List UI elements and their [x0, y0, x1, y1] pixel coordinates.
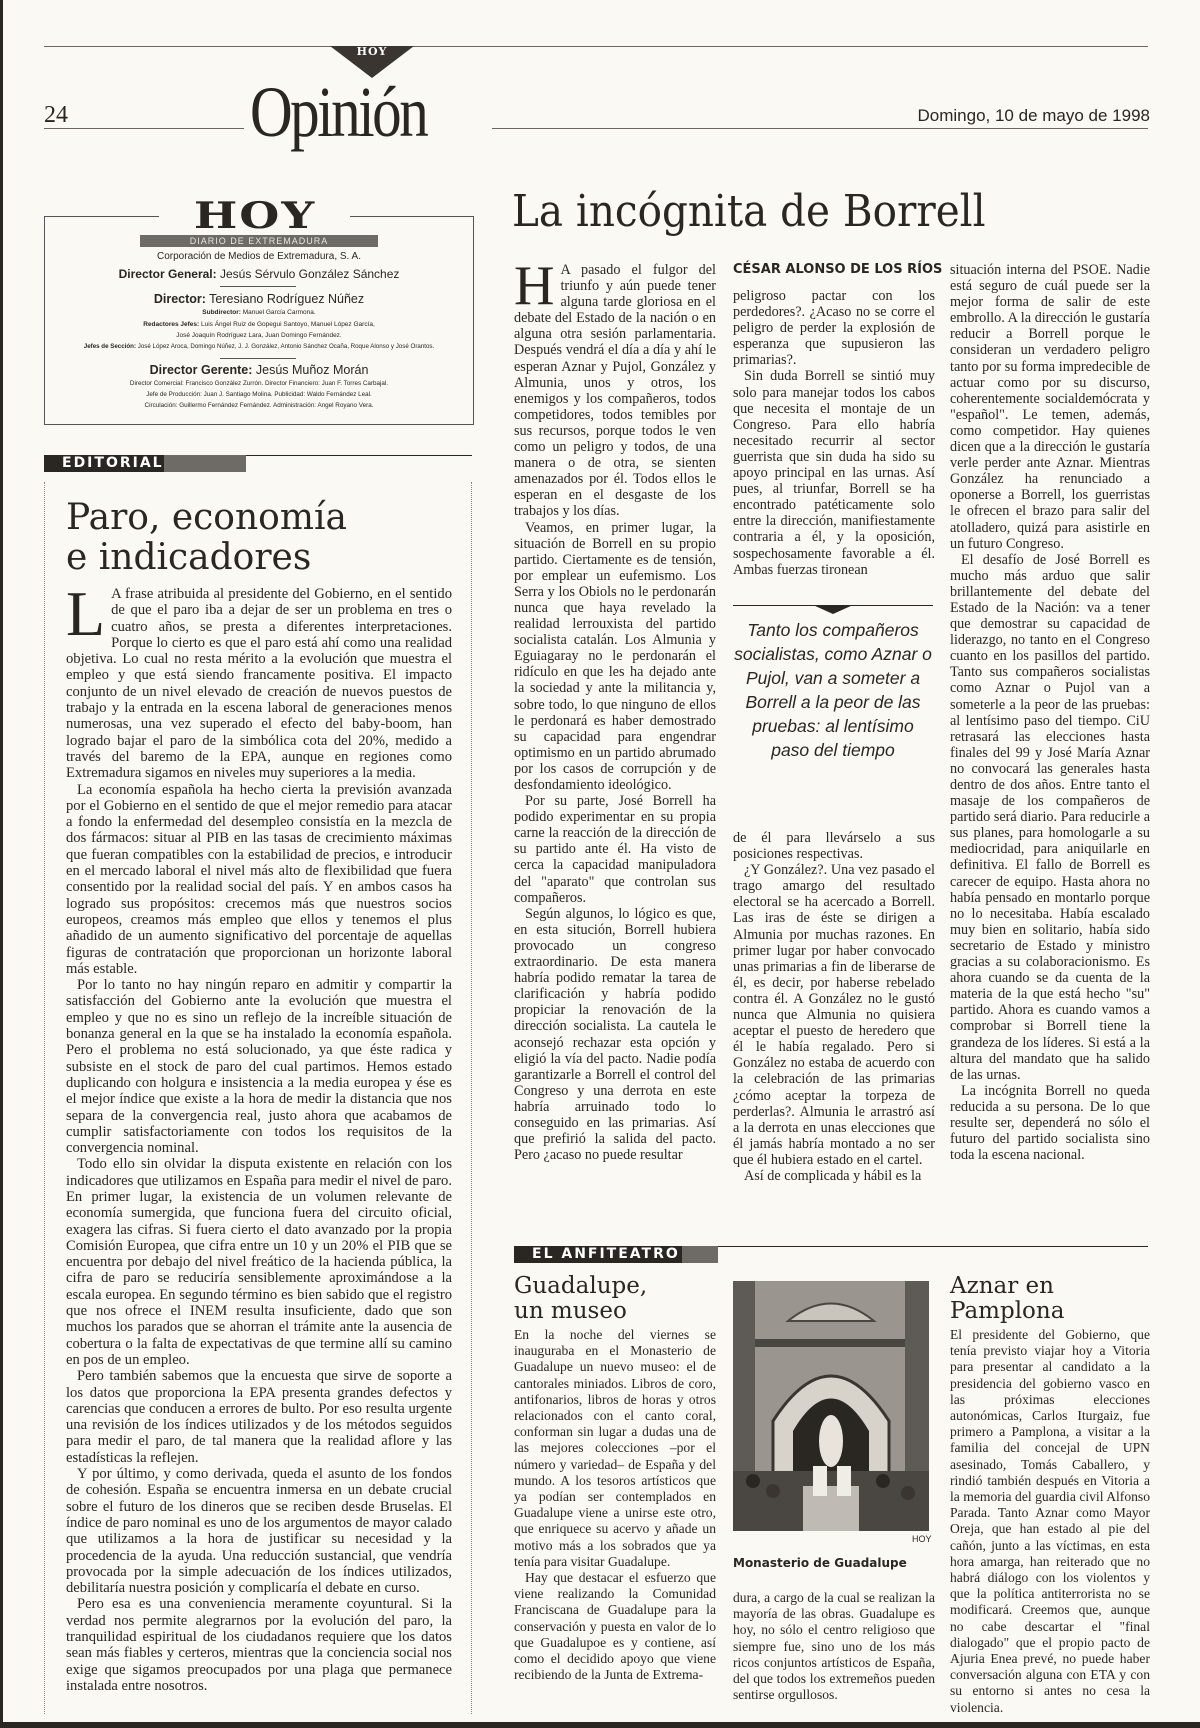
masthead-jefes-seccion: Jefes de Sección: José López Aroca, Domi… [44, 343, 474, 350]
subdirector-name: Manuel García Carmona. [241, 309, 316, 316]
director-general-label: Director General: [119, 267, 217, 281]
column-body-col1: HA pasado el fulgor del triunfo y aún pu… [514, 262, 716, 1163]
guadalupe-headline-line1: Guadalupe, [514, 1274, 647, 1299]
masthead-logo: HOY [160, 197, 350, 234]
pull-quote: Tanto los compañeros socialistas, como A… [733, 618, 933, 762]
column-paragraph: ¿Y González?. Una vez pasado el trago am… [733, 862, 935, 1168]
column-paragraph: Veamos, en primer lugar, la situación de… [514, 520, 716, 794]
masthead-director-general: Director General: Jesús Sérvulo González… [44, 267, 474, 281]
subdirector-label: Subdirector: [202, 309, 241, 316]
editorial-paragraph: Y por último, y como derivada, queda el … [66, 1466, 452, 1596]
editorial-paragraph: Por lo tanto no hay ningún reparo en adm… [66, 977, 452, 1156]
column-paragraph: peligroso pactar con los perdedores?. ¿A… [733, 288, 935, 368]
editorial-bar-tail [164, 455, 246, 472]
editorial-paragraph: LA frase atribuida al presidente del Gob… [66, 586, 452, 782]
director-general-name: Jesús Sérvulo González Sánchez [217, 267, 400, 281]
masthead-tagline: DIARIO DE EXTREMADURA [140, 235, 378, 247]
editorial-paragraph: La economía española ha hecho cierta la … [66, 782, 452, 978]
header-rule-right [492, 128, 1148, 129]
column-paragraph: Según algunos, lo lógico es que, en esta… [514, 906, 716, 1164]
anfiteatro-bar-tail [682, 1246, 718, 1263]
photo-caption: Monasterio de Guadalupe [733, 1556, 907, 1570]
hoy-tab-label: HOY [330, 45, 414, 58]
aznar-headline-line1: Aznar en [950, 1274, 1064, 1299]
column-paragraph: Sin duda Borrell se sintió muy solo para… [733, 368, 935, 577]
guadalupe-paragraph: dura, a cargo de la cual se realizan la … [733, 1590, 935, 1703]
masthead-company: Corporación de Medios de Extremadura, S.… [44, 251, 474, 262]
aznar-body: El presidente del Gobierno, que tenía pr… [950, 1327, 1150, 1716]
editorial-label-text: EDITORIAL [62, 455, 164, 471]
gerente-name: Jesús Muñoz Morán [252, 363, 368, 377]
guadalupe-paragraph: En la noche del viernes se inauguraba en… [514, 1327, 716, 1570]
editorial-headline-line1: Paro, economía [66, 498, 347, 538]
column-dropcap: H [514, 264, 554, 310]
issue-date: Domingo, 10 de mayo de 1998 [918, 106, 1151, 126]
page-edge-bottom [0, 1722, 1200, 1728]
masthead-staff-1: Director Comercial: Francisco González Z… [44, 380, 474, 387]
masthead-redactores-2: José Joaquín Rodríguez Lara, Juan Doming… [44, 332, 474, 339]
page-edge-left [0, 0, 3, 1728]
masthead-subdirector: Subdirector: Manuel García Carmona. [44, 309, 474, 316]
editorial-dropcap: L [66, 588, 105, 640]
masthead-separator-2 [220, 358, 296, 359]
column-body-col3: situación interna del PSOE. Nadie está s… [950, 262, 1150, 1163]
photo-credit: HOY [912, 1534, 932, 1544]
column-paragraph: situación interna del PSOE. Nadie está s… [950, 262, 1150, 552]
masthead-rule-left [44, 216, 159, 217]
aznar-headline: Aznar en Pamplona [950, 1274, 1064, 1324]
redactores-label: Redactores Jefes: [143, 321, 199, 328]
column-paragraph: de él para llevárselo a sus posiciones r… [733, 830, 935, 862]
section-title: Opinión [250, 76, 426, 148]
column-paragraph: HA pasado el fulgor del triunfo y aún pu… [514, 262, 716, 520]
pullquote-triangle-icon [813, 605, 853, 614]
column-body-col2-top: peligroso pactar con los perdedores?. ¿A… [733, 288, 935, 578]
editorial-headline: Paro, economía e indicadores [66, 498, 347, 578]
header-rule-left [44, 128, 244, 129]
monastery-facade-image-icon [733, 1281, 929, 1531]
column-paragraph: Por su parte, José Borrell ha podido exp… [514, 793, 716, 906]
masthead-redactores: Redactores Jefes: Luis Ángel Ruiz de Gop… [44, 321, 474, 328]
anfiteatro-section-label: EL ANFITEATRO [514, 1246, 682, 1263]
monastery-photo [733, 1281, 929, 1531]
editorial-dotted-left [44, 482, 45, 1714]
editorial-paragraph: Todo ello sin olvidar la disputa existen… [66, 1156, 452, 1368]
column-headline: La incógnita de Borrell [512, 190, 986, 234]
column-byline: CÉSAR ALONSO DE LOS RÍOS [733, 262, 942, 277]
anfiteatro-label-text: EL ANFITEATRO [532, 1246, 680, 1262]
masthead-staff-3: Circulación: Guillermo Fernández Fernánd… [44, 402, 474, 409]
editorial-paragraph: Pero también sabemos que la encuesta que… [66, 1368, 452, 1466]
editorial-section-label: EDITORIAL [44, 455, 164, 472]
aznar-paragraph: El presidente del Gobierno, que tenía pr… [950, 1327, 1150, 1716]
guadalupe-body-col1: En la noche del viernes se inauguraba en… [514, 1327, 716, 1683]
aznar-headline-line2: Pamplona [950, 1299, 1064, 1324]
editorial-paragraph: Pero esa es una conveniencia meramente c… [66, 1596, 452, 1694]
redactores-line1: Luis Ángel Ruiz de Gopegui Santoyo, Manu… [199, 321, 375, 328]
guadalupe-body-col2: dura, a cargo de la cual se realizan la … [733, 1590, 935, 1703]
masthead-staff-2: Jefe de Producción: Juan J. Santiago Mol… [44, 391, 474, 398]
director-name: Teresiano Rodríguez Núñez [206, 292, 364, 306]
column-paragraph: Así de complicada y hábil es la [733, 1168, 935, 1184]
page-number: 24 [44, 102, 68, 129]
masthead-separator [220, 286, 296, 287]
editorial-body: LA frase atribuida al presidente del Gob… [66, 586, 452, 1694]
director-label: Director: [154, 292, 206, 306]
masthead-gerente: Director Gerente: Jesús Muñoz Morán [44, 363, 474, 377]
guadalupe-paragraph: Hay que destacar el esfuerzo que viene r… [514, 1570, 716, 1683]
jefes-label: Jefes de Sección: [84, 343, 136, 350]
masthead-rule-right [350, 216, 473, 217]
gerente-label: Director Gerente: [150, 363, 253, 377]
header-top-rule [44, 46, 1148, 47]
guadalupe-headline-line2: un museo [514, 1299, 647, 1324]
guadalupe-headline: Guadalupe, un museo [514, 1274, 647, 1324]
editorial-paragraph-text: A frase atribuida al presidente del Gobi… [66, 586, 452, 781]
column-paragraph: El desafío de José Borrell es mucho más … [950, 552, 1150, 1083]
column-body-col2-bottom: de él para llevárselo a sus posiciones r… [733, 830, 935, 1184]
column-paragraph: La incógnita Borrell no queda reducida a… [950, 1083, 1150, 1163]
masthead-director: Director: Teresiano Rodríguez Núñez [44, 292, 474, 306]
editorial-dotted-right [471, 482, 472, 1714]
editorial-headline-line2: e indicadores [66, 538, 347, 578]
jefes-names: José López Aroca, Domingo Núñez, J. J. G… [136, 343, 434, 350]
